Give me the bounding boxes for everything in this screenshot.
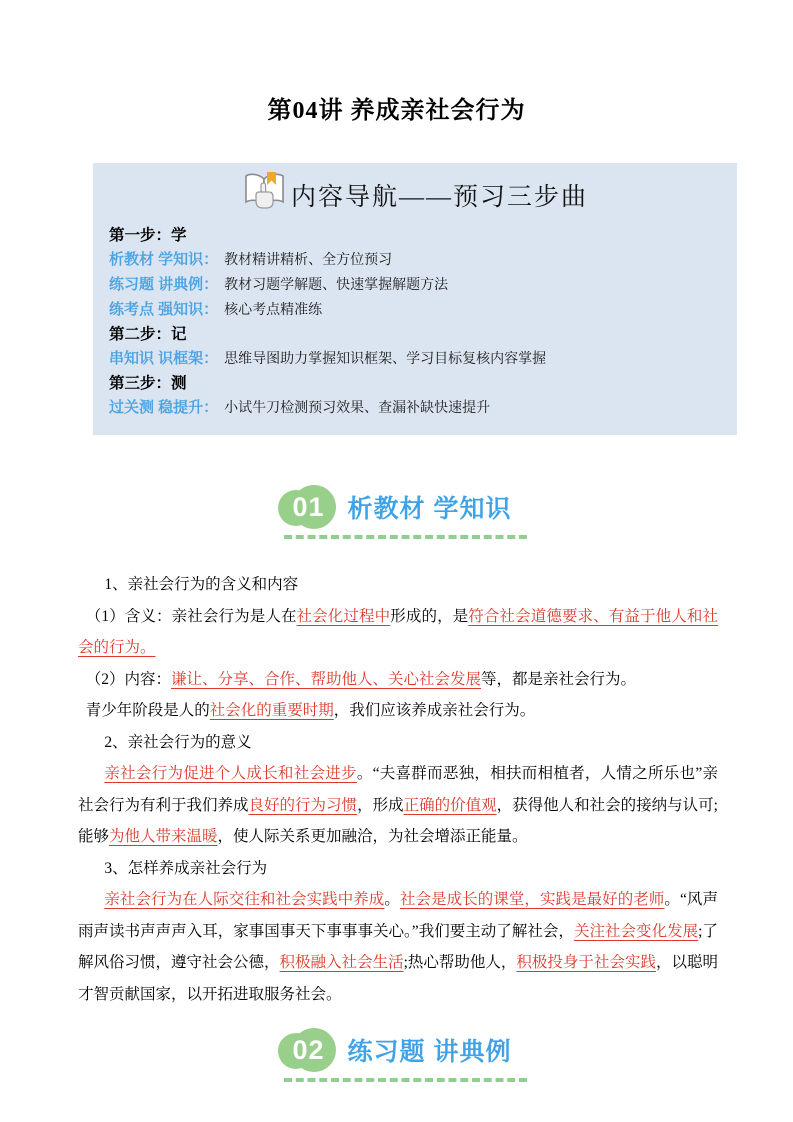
section-header-02: 02 练习题 讲典例 bbox=[276, 1028, 518, 1082]
nav-item-label: 串知识 识框架： bbox=[109, 350, 218, 367]
key-point-text: 亲社会行为在人际交往和社会实践中养成 bbox=[104, 891, 384, 908]
nav-step-label: 第二步：记 bbox=[109, 323, 723, 347]
nav-item-label: 练考点 强知识： bbox=[109, 301, 218, 318]
body-text: 等，都是亲社会行为。 bbox=[481, 671, 636, 688]
nav-item: 练习题 讲典例：教材习题学解题、快速掌握解题方法 bbox=[109, 273, 723, 298]
nav-item-desc: 教材习题学解题、快速掌握解题方法 bbox=[224, 278, 448, 293]
body-text: 形成的，是 bbox=[390, 608, 468, 625]
key-point-text: 正确的价值观 bbox=[404, 797, 497, 814]
paragraph: 亲社会行为促进个人成长和社会进步。“夫喜群而恶独，相扶而相植者，人情之所乐也”亲… bbox=[78, 758, 718, 853]
nav-item-desc: 思维导图助力掌握知识框架、学习目标复核内容掌握 bbox=[224, 352, 546, 367]
nav-item: 练考点 强知识：核心考点精准练 bbox=[109, 298, 723, 323]
section-number-badge: 02 bbox=[278, 1028, 336, 1072]
key-point-text: 社会化过程中 bbox=[297, 608, 391, 625]
key-point-text: 谦让、分享、合作、帮助他人、关心社会发展 bbox=[171, 671, 481, 688]
paragraph: 1、亲社会行为的含义和内容 bbox=[78, 569, 718, 601]
nav-item: 过关测 稳提升：小试牛刀检测预习效果、查漏补缺快速提升 bbox=[109, 396, 723, 421]
dashed-underline bbox=[284, 535, 528, 539]
body-text: 3、怎样养成亲社会行为 bbox=[104, 860, 267, 877]
body-text: ，我们应该养成亲社会行为。 bbox=[334, 702, 536, 719]
body-text: 。 bbox=[384, 891, 400, 908]
key-point-text: 亲社会行为促进个人成长和社会进步 bbox=[104, 765, 356, 782]
nav-item: 串知识 识框架：思维导图助力掌握知识框架、学习目标复核内容掌握 bbox=[109, 347, 723, 372]
document-page: 第04讲 养成亲社会行为 内容导航——预习三步曲 第一步：学析教材 学知识：教材… bbox=[0, 0, 793, 1122]
key-point-text: 良好的行为习惯 bbox=[249, 797, 358, 814]
body-text: ，形成 bbox=[357, 797, 404, 814]
key-point-text: 积极融入社会生活 bbox=[280, 954, 404, 971]
body-text: （2）内容： bbox=[86, 671, 171, 688]
section-header-01: 01 析教材 学知识 bbox=[276, 485, 518, 539]
section-number: 01 bbox=[286, 485, 332, 529]
body-text: 青少年阶段是人的 bbox=[86, 702, 210, 719]
key-point-text: 关注社会变化发展 bbox=[574, 923, 698, 940]
content-paragraphs: 1、亲社会行为的含义和内容（1）含义：亲社会行为是人在社会化过程中形成的，是符合… bbox=[78, 569, 718, 1010]
paragraph: （2）内容：谦让、分享、合作、帮助他人、关心社会发展等，都是亲社会行为。 bbox=[78, 664, 718, 696]
nav-step-label: 第一步：学 bbox=[109, 224, 723, 248]
navigator-header: 内容导航——预习三步曲 bbox=[107, 169, 723, 224]
paragraph: 2、亲社会行为的意义 bbox=[78, 727, 718, 759]
key-point-text: 社会化的重要时期 bbox=[210, 702, 334, 719]
paragraph: 3、怎样养成亲社会行为 bbox=[78, 853, 718, 885]
paragraph: 青少年阶段是人的社会化的重要时期，我们应该养成亲社会行为。 bbox=[78, 695, 718, 727]
section-title: 练习题 讲典例 bbox=[348, 1032, 512, 1068]
nav-item-label: 练习题 讲典例： bbox=[109, 276, 218, 293]
nav-item-label: 析教材 学知识： bbox=[109, 251, 218, 268]
nav-item-desc: 教材精讲精析、全方位预习 bbox=[224, 253, 392, 268]
content-navigator-box: 内容导航——预习三步曲 第一步：学析教材 学知识：教材精讲精析、全方位预习练习题… bbox=[93, 163, 737, 435]
paragraph: 亲社会行为在人际交往和社会实践中养成。社会是成长的课堂，实践是最好的老师。“风声… bbox=[78, 884, 718, 1010]
navigator-steps: 第一步：学析教材 学知识：教材精讲精析、全方位预习练习题 讲典例：教材习题学解题… bbox=[107, 224, 723, 421]
navigator-heading: 内容导航——预习三步曲 bbox=[291, 177, 588, 213]
paragraph: （1）含义：亲社会行为是人在社会化过程中形成的，是符合社会道德要求、有益于他人和… bbox=[78, 601, 718, 664]
nav-item-desc: 核心考点精准练 bbox=[224, 303, 322, 318]
key-point-text: 积极投身于社会实践 bbox=[516, 954, 656, 971]
open-book-pointer-icon bbox=[242, 171, 288, 218]
nav-item-desc: 小试牛刀检测预习效果、查漏补缺快速提升 bbox=[224, 401, 490, 416]
section-number-badge: 01 bbox=[278, 485, 336, 529]
section-number: 02 bbox=[286, 1028, 332, 1072]
key-point-text: 社会是成长的课堂，实践是最好的老师 bbox=[400, 891, 664, 908]
nav-item: 析教材 学知识：教材精讲精析、全方位预习 bbox=[109, 248, 723, 273]
body-text: ，使人际关系更加融洽，为社会增添正能量。 bbox=[218, 828, 528, 845]
nav-item-label: 过关测 稳提升： bbox=[109, 399, 218, 416]
body-text: ;热心帮助他人， bbox=[404, 954, 517, 971]
body-text: （1）含义：亲社会行为是人在 bbox=[86, 608, 297, 625]
body-text: 1、亲社会行为的含义和内容 bbox=[104, 576, 298, 593]
page-title: 第04讲 养成亲社会行为 bbox=[0, 0, 793, 125]
nav-step-label: 第三步：测 bbox=[109, 372, 723, 396]
body-text: 2、亲社会行为的意义 bbox=[104, 734, 251, 751]
dashed-underline bbox=[284, 1078, 528, 1082]
key-point-text: 为他人带来温暖 bbox=[109, 828, 218, 845]
section-title: 析教材 学知识 bbox=[348, 489, 512, 525]
